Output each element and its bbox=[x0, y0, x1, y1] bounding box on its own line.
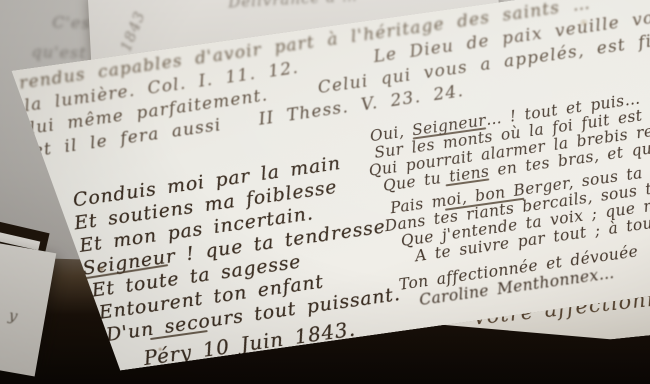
year-1843-diagonal: 1843 bbox=[117, 8, 149, 54]
handwritten-line: Délivrance à … bbox=[228, 0, 358, 11]
photo-of-letters: Du haut … C'est en … qu'est … Délivrance… bbox=[0, 0, 650, 384]
left-under-sheet: y bbox=[0, 241, 56, 377]
ink-mark: y bbox=[7, 306, 18, 325]
